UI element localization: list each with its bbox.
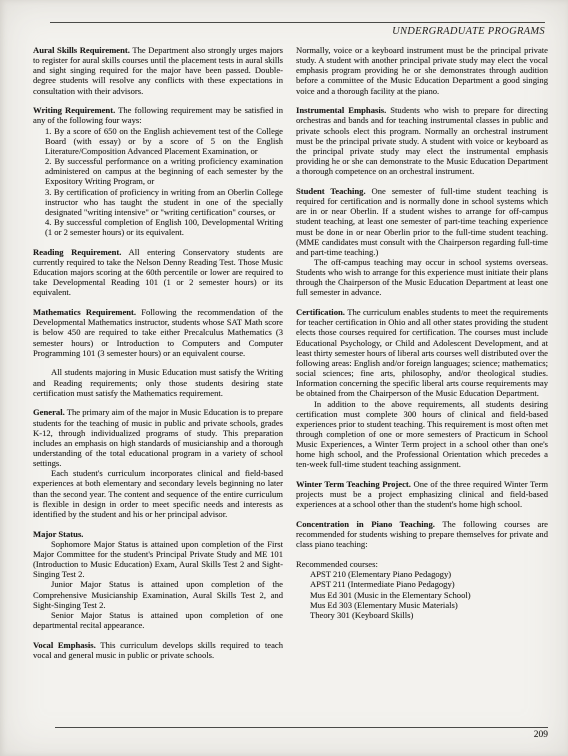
- footer-rule: [55, 727, 548, 728]
- section-certification: Certification. The curriculum enables st…: [296, 307, 548, 470]
- section-lead: Aural Skills Requirement.: [33, 45, 130, 55]
- section-heading: Major Status.: [33, 529, 83, 539]
- section-general: General. The primary aim of the major in…: [33, 407, 283, 519]
- course-item-1: APST 210 (Elementary Piano Pedagogy): [310, 569, 548, 579]
- writing-list-item-3: 3. By certification of proficiency in wr…: [45, 187, 283, 217]
- section-lead: Mathematics Requirement.: [33, 307, 136, 317]
- header-title: UNDERGRADUATE PROGRAMS: [392, 26, 545, 37]
- paragraph-all-students: All students majoring in Music Education…: [33, 367, 283, 397]
- section-student-teaching: Student Teaching. One semester of full-t…: [296, 186, 548, 298]
- catalog-page: UNDERGRADUATE PROGRAMS Aural Skills Requ…: [0, 0, 568, 756]
- right-column: Normally, voice or a keyboard instrument…: [296, 45, 548, 669]
- section-lead: Certification.: [296, 307, 345, 317]
- writing-list-item-2: 2. By successful performance on a writin…: [45, 156, 283, 186]
- section-text: One semester of full-time student teachi…: [296, 186, 548, 257]
- major-status-senior: Senior Major Status is attained upon com…: [33, 610, 283, 630]
- section-winter-term: Winter Term Teaching Project. One of the…: [296, 479, 548, 509]
- header-rule: [50, 22, 545, 23]
- section-aural-skills: Aural Skills Requirement. The Department…: [33, 45, 283, 96]
- section-lead: Winter Term Teaching Project.: [296, 479, 411, 489]
- section-lead: Student Teaching.: [296, 186, 366, 196]
- course-item-2: APST 211 (Intermediate Piano Pedagogy): [310, 579, 548, 589]
- section-text-2: The off-campus teaching may occur in sch…: [296, 257, 548, 298]
- course-item-5: Theory 301 (Keyboard Skills): [310, 610, 548, 620]
- section-vocal-emphasis: Vocal Emphasis. This curriculum develops…: [33, 640, 283, 660]
- section-text: Students who wish to prepare for directi…: [296, 105, 548, 176]
- section-lead: Instrumental Emphasis.: [296, 105, 386, 115]
- section-lead: Writing Requirement.: [33, 105, 115, 115]
- two-column-body: Aural Skills Requirement. The Department…: [33, 45, 548, 669]
- writing-list-item-1: 1. By a score of 650 on the English achi…: [45, 126, 283, 156]
- section-major-status: Major Status. Sophomore Major Status is …: [33, 529, 283, 631]
- major-status-sophomore: Sophomore Major Status is attained upon …: [33, 539, 283, 580]
- section-mathematics: Mathematics Requirement. Following the r…: [33, 307, 283, 358]
- paragraph-vocal-continuation: Normally, voice or a keyboard instrument…: [296, 45, 548, 96]
- recommended-courses-label: Recommended courses:: [296, 559, 548, 569]
- major-status-junior: Junior Major Status is attained upon com…: [33, 579, 283, 609]
- section-text: The curriculum enables students to meet …: [296, 307, 548, 398]
- section-piano-concentration: Concentration in Piano Teaching. The fol…: [296, 519, 548, 549]
- paragraph-text: Normally, voice or a keyboard instrument…: [296, 45, 548, 96]
- section-text: The primary aim of the major in Music Ed…: [33, 407, 283, 468]
- section-lead: Reading Requirement.: [33, 247, 121, 257]
- section-text-2: In addition to the above requirements, a…: [296, 399, 548, 470]
- section-writing: Writing Requirement. The following requi…: [33, 105, 283, 237]
- left-column: Aural Skills Requirement. The Department…: [33, 45, 283, 669]
- recommended-courses: Recommended courses: APST 210 (Elementar…: [296, 559, 548, 620]
- section-lead: Vocal Emphasis.: [33, 640, 96, 650]
- section-instrumental-emphasis: Instrumental Emphasis. Students who wish…: [296, 105, 548, 176]
- section-text-2: Each student's curriculum incorporates c…: [33, 468, 283, 519]
- section-lead: General.: [33, 407, 65, 417]
- section-lead: Concentration in Piano Teaching.: [296, 519, 435, 529]
- paragraph-text: All students majoring in Music Education…: [33, 367, 283, 397]
- course-item-3: Mus Ed 301 (Music in the Elementary Scho…: [310, 590, 548, 600]
- section-reading: Reading Requirement. All entering Conser…: [33, 247, 283, 298]
- course-item-4: Mus Ed 303 (Elementary Music Materials): [310, 600, 548, 610]
- writing-list-item-4: 4. By successful completion of English 1…: [45, 217, 283, 237]
- page-number: 209: [534, 730, 548, 740]
